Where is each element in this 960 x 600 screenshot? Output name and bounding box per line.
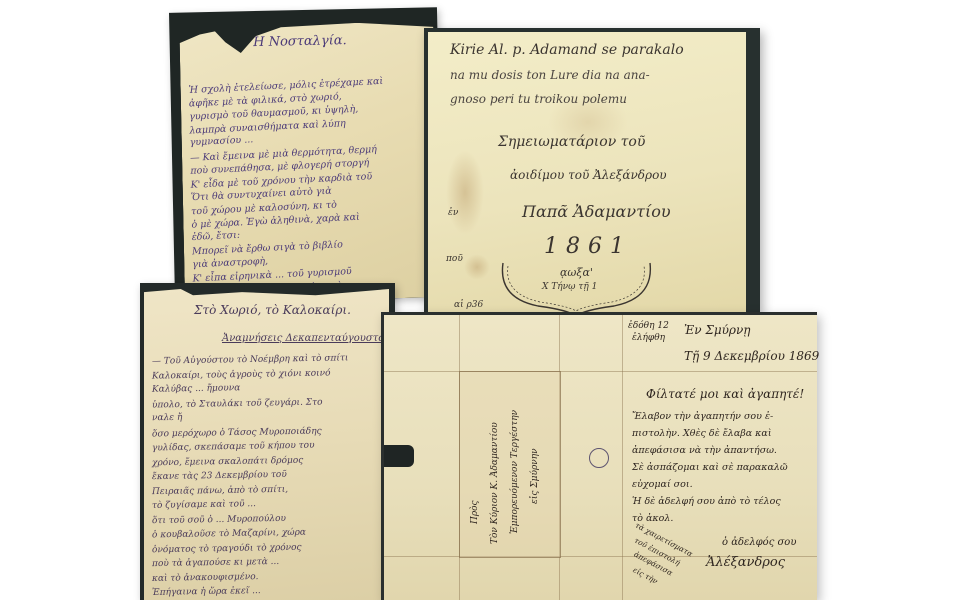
handwritten-line: Σὲ ἀσπάζομαι καὶ σὲ παρακαλῶ bbox=[632, 462, 788, 473]
header-line-1: Kirie Al. p. Adamand se parakalo bbox=[450, 42, 684, 58]
letter-signature: Ἀλέξανδρος bbox=[706, 555, 785, 570]
handwritten-line: Ἐπήγαινα ἡ ὥρα ἐκεῖ ... bbox=[152, 586, 261, 598]
fold-line bbox=[384, 371, 817, 372]
handwritten-line: ναλε ἤ bbox=[152, 413, 183, 424]
cartouche-line-2: Χ Τήνῳ τῇ 1 bbox=[542, 282, 597, 292]
torn-seal bbox=[384, 445, 414, 467]
handwritten-line: καὶ τὸ ἀνακουφισμένο. bbox=[152, 572, 259, 584]
handwritten-line: πιστολὴν. Χθὲς δὲ ἔλαβα καὶ bbox=[632, 428, 772, 439]
handwritten-line: χρόνο, ἔμεινα σκαλοπάτι δρόμος bbox=[152, 455, 303, 468]
handwritten-line: Καλύβας ... ἤμουνα bbox=[152, 383, 240, 395]
handwritten-line: ὁ κουβαλοῦσε τὸ Μαζαρίνι, χώρα bbox=[152, 528, 306, 541]
header-line-3: gnoso peri tu troikou polemu bbox=[450, 92, 627, 106]
manuscript-body: Ἡ σχολὴ ἐτελείωσε, μόλις ἐτρέχαμε καὶἀφῆ… bbox=[188, 77, 438, 82]
manuscript-bottom-left: Στὸ Χωριό, τὸ Καλοκαίρι. Ἀναμνήσεις Δεκα… bbox=[140, 283, 395, 600]
handwritten-line: ποὺ τὰ ἀγαπούσε κι μετὰ ... bbox=[152, 557, 279, 569]
manuscript-paper: Ἡ Νοσταλγία. Ἡ σχολὴ ἐτελείωσε, μόλις ἐτ… bbox=[179, 21, 439, 302]
letter-place: Ἐν Σμύρνῃ bbox=[684, 323, 750, 337]
handwritten-line: ὀνόματος τὸ τραγούδι τὸ χρόνος bbox=[152, 542, 302, 555]
year: 1861 bbox=[544, 234, 632, 259]
manuscript-top-left: Ἡ Νοσταλγία. Ἡ σχολὴ ἐτελείωσε, μόλις ἐτ… bbox=[169, 7, 443, 303]
handwritten-line: γιὰ ἀναστροφὴ, bbox=[192, 255, 268, 270]
letter-salutation: Φίλτατέ μοι καὶ ἀγαπητέ! bbox=[646, 387, 804, 401]
water-stain bbox=[446, 150, 484, 235]
wax-seal-mark bbox=[589, 448, 609, 468]
manuscript-title: Ἡ Νοσταλγία. bbox=[251, 33, 346, 50]
handwritten-line: εὐχομαί σοι. bbox=[632, 479, 693, 490]
header-line-2: na mu dosis ton Lure dia na ana- bbox=[450, 68, 650, 82]
handwritten-line: Ἔλαβον τὴν ἀγαπητήν σου ἐ- bbox=[632, 411, 773, 422]
manuscript-title: Στὸ Χωριό, τὸ Καλοκαίρι. bbox=[194, 303, 351, 317]
notebook-cover-top-right: Kirie Al. p. Adamand se parakalo na mu d… bbox=[424, 28, 760, 313]
handwritten-line: γυλίδας, σκεπάσαμε τοῦ κήπου του bbox=[152, 441, 315, 454]
handwritten-line: γυμνασίου ... bbox=[189, 134, 253, 148]
margin-note: αἱ ρ36 bbox=[454, 300, 483, 310]
corner-note: ἐλήφθη bbox=[632, 333, 665, 343]
manuscript-paper: Στὸ Χωριό, τὸ Καλοκαίρι. Ἀναμνήσεις Δεκα… bbox=[144, 289, 389, 600]
handwritten-line: ἐδῶ, ἔτσι: bbox=[191, 229, 240, 242]
handwritten-line: ὅσο μερόχωρο ὁ Τάσος Μυροποιάδης bbox=[152, 426, 322, 439]
cartouche-line-1: ᾳωξα' bbox=[560, 266, 593, 279]
handwritten-line: ὅτι τοῦ σοῦ ὁ ... Μυροπούλου bbox=[152, 513, 286, 525]
handwritten-line: ὑπολο, τὸ Σταυλάκι τοῦ ζευγάρι. Στο bbox=[152, 397, 323, 410]
margin-note: ποῦ bbox=[446, 254, 463, 264]
center-line-1: Σημειωματάριον τοῦ bbox=[498, 134, 645, 150]
center-line-3: Παπᾶ Ἀδαμαντίου bbox=[522, 202, 671, 221]
handwritten-line: Πειραιᾶς πάνω, ἀπὸ τὸ σπίτι, bbox=[152, 484, 288, 496]
address-block: Πρὸς Τὸν Κύριον Κ. Ἀδαμαντίου Ἐμπορευόμε… bbox=[510, 340, 550, 464]
folded-letter-bottom-right: Πρὸς Τὸν Κύριον Κ. Ἀδαμαντίου Ἐμπορευόμε… bbox=[381, 312, 817, 600]
handwritten-line: ἔκανε τὰς 23 Δεκεμβρίου τοῦ bbox=[152, 470, 287, 482]
margin-note: ἐν bbox=[448, 208, 458, 218]
address-panel: Πρὸς Τὸν Κύριον Κ. Ἀδαμαντίου Ἐμπορευόμε… bbox=[459, 371, 561, 558]
letter-closing: ὁ ἀδελφός σου bbox=[722, 537, 796, 548]
manuscript-subtitle: Ἀναμνήσεις Δεκαπενταύγουστου bbox=[222, 333, 390, 344]
handwritten-line: ἀπεφάσισα νὰ τὴν ἀπαντήσω. bbox=[632, 445, 777, 456]
handwritten-line: — Τοῦ Αὐγούστου τὸ Νοέμβρη καὶ τὸ σπίτι bbox=[152, 353, 349, 366]
water-stain bbox=[464, 254, 490, 280]
fold-line bbox=[622, 315, 623, 600]
notebook-paper: Kirie Al. p. Adamand se parakalo na mu d… bbox=[428, 32, 746, 313]
center-line-2: ἀοιδίμου τοῦ Ἀλεξάνδρου bbox=[510, 168, 667, 182]
letter-date: Τῇ 9 Δεκεμβρίου 1869 bbox=[684, 349, 819, 363]
handwritten-line: τὸ ζυγίσαμε καὶ τοῦ ... bbox=[152, 499, 256, 511]
handwritten-line: Μπορεῖ νὰ ἔρθω σιγὰ τὸ βιβλίο bbox=[192, 239, 343, 257]
handwritten-line: Καλοκαίρι, τοὺς ἀγροὺς τὸ χιόνι κοινό bbox=[152, 368, 331, 381]
handwritten-line: Ἡ δὲ ἀδελφή σου ἀπὸ τὸ τέλος bbox=[632, 496, 781, 507]
corner-note: ἐδόθη 12 bbox=[628, 321, 669, 331]
